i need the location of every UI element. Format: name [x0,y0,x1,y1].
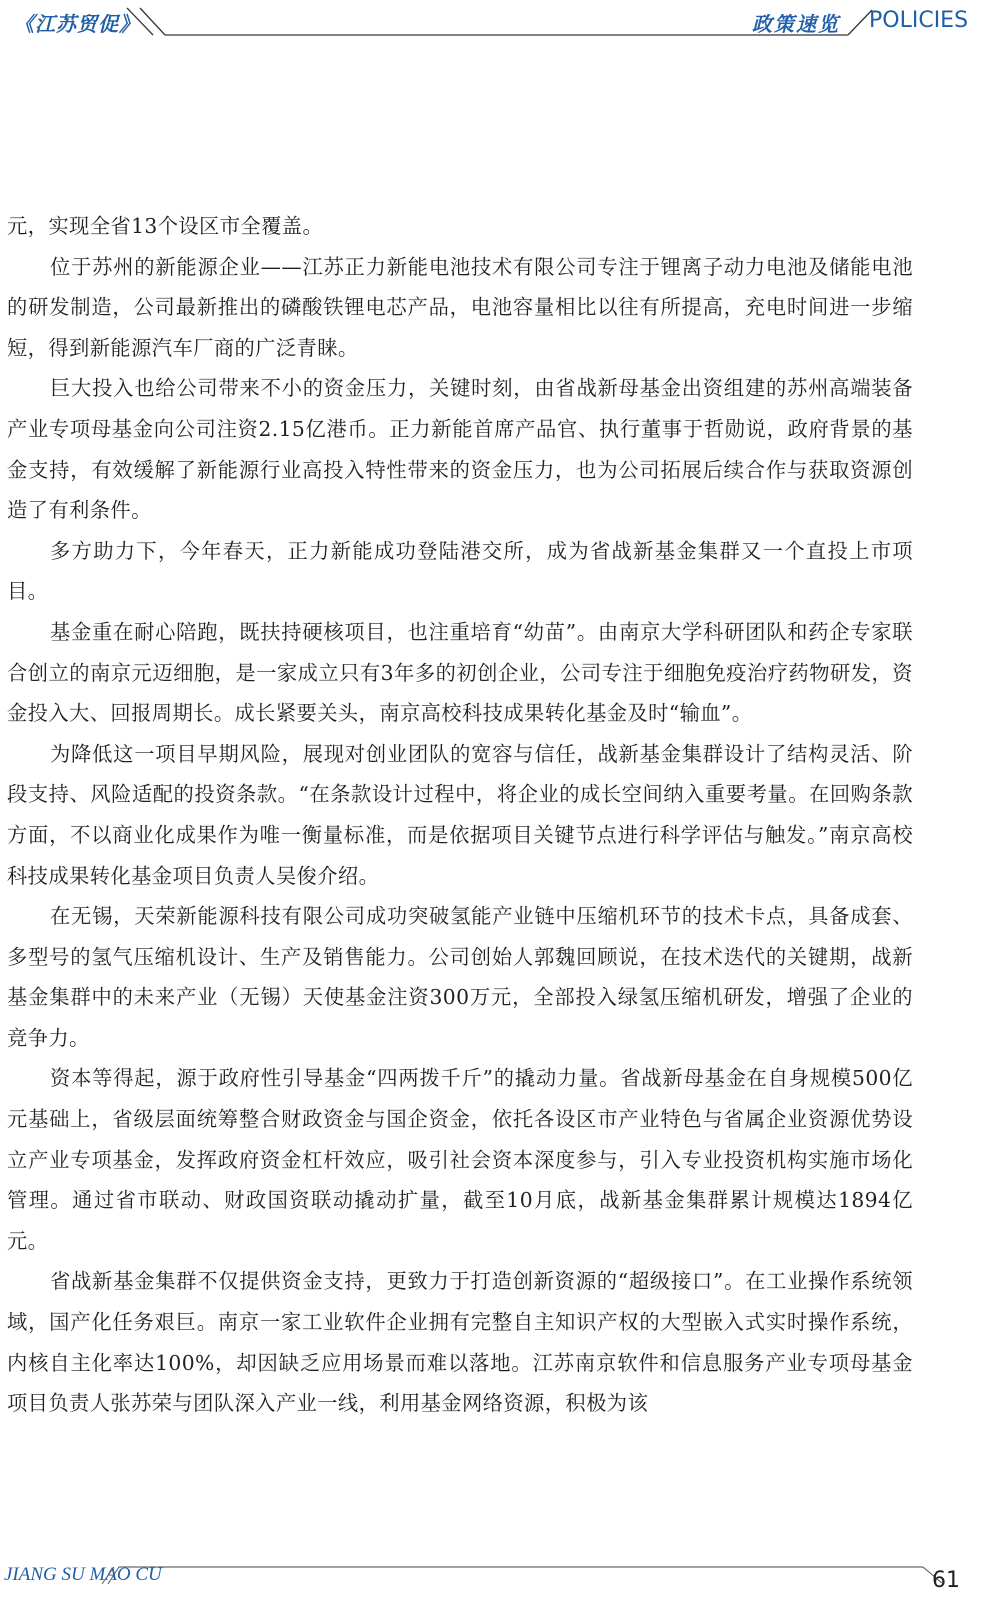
page-footer: JIANG SU MAO CU 61 [0,1550,1000,1598]
magazine-name: 《江苏贸促》 [14,8,140,37]
paragraph: 基金重在耐心陪跑，既扶持硬核项目，也注重培育“幼苗”。由南京大学科研团队和药企专… [7,612,913,734]
paragraph: 位于苏州的新能源企业——江苏正力新能电池技术有限公司专注于锂离子动力电池及储能电… [7,247,913,369]
paragraph: 为降低这一项目早期风险，展现对创业团队的宽容与信任，战新基金集群设计了结构灵活、… [7,734,913,896]
header-rule-decoration [0,0,1000,50]
paragraph: 巨大投入也给公司带来不小的资金压力，关键时刻，由省战新母基金出资组建的苏州高端装… [7,368,913,530]
paragraph: 在无锡，天荣新能源科技有限公司成功突破氢能产业链中压缩机环节的技术卡点，具备成套… [7,896,913,1058]
page-header: 《江苏贸促》 政策速览 POLICIES [0,0,1000,50]
paragraph: 省战新基金集群不仅提供资金支持，更致力于打造创新资源的“超级接口”。在工业操作系… [7,1261,913,1423]
paragraph: 元，实现全省13个设区市全覆盖。 [7,206,913,247]
paragraph: 多方助力下，今年春天，正力新能成功登陆港交所，成为省战新基金集群又一个直投上市项… [7,531,913,612]
section-title-en: POLICIES [869,8,968,33]
journal-name-en: JIANG SU MAO CU [4,1564,162,1586]
section-title-cn: 政策速览 [752,8,840,37]
article-body: 元，实现全省13个设区市全覆盖。 位于苏州的新能源企业——江苏正力新能电池技术有… [7,206,913,1424]
page-number: 61 [932,1568,960,1593]
paragraph: 资本等得起，源于政府性引导基金“四两拨千斤”的撬动力量。省战新母基金在自身规模5… [7,1058,913,1261]
